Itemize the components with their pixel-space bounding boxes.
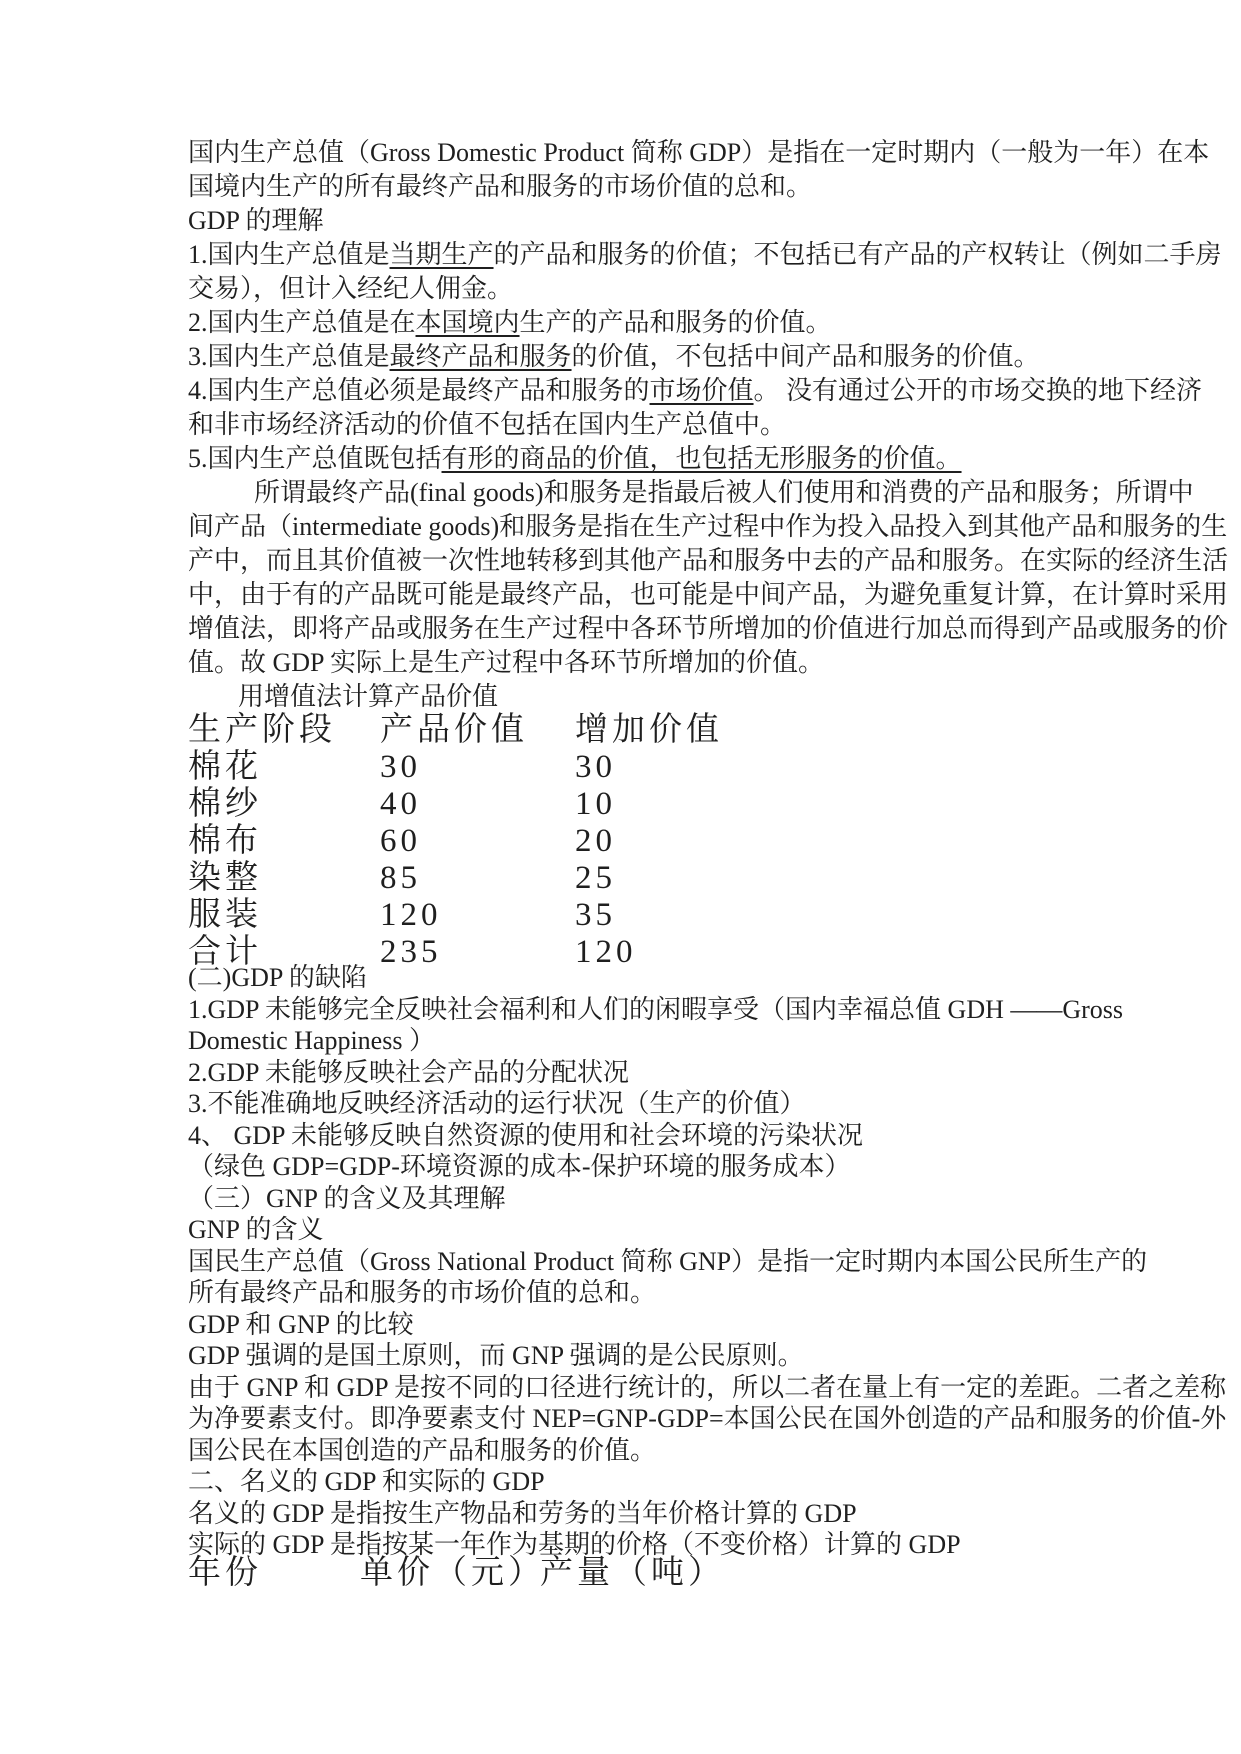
- table-cell: 年份: [188, 1552, 262, 1594]
- text-run: 国公民在本国创造的产品和服务的价值。: [188, 1436, 656, 1465]
- text-run: 3.不能准确地反映经济活动的运行状况（生产的价值）: [188, 1089, 806, 1118]
- value-added-table: 生产阶段产品价值增加价值棉花3030棉纱4010棉布6020染整8525服装12…: [188, 712, 1211, 971]
- text-line: （三）GNP 的含义及其理解: [188, 1183, 1211, 1215]
- price-table-header-row: 年份单价（元）产量（吨）: [188, 1552, 1211, 1594]
- table-cell: 60: [380, 823, 421, 860]
- text-run: 间产品（intermediate goods)和服务是指在生产过程中作为投入品投…: [188, 512, 1227, 541]
- text-run: Domestic Happiness ）: [188, 1026, 435, 1055]
- text-line: 所有最终产品和服务的市场价值的总和。: [188, 1277, 1211, 1309]
- text-run: 5.国内生产总值既包括: [188, 444, 442, 473]
- table-cell: 30: [575, 749, 616, 786]
- table-cell: 10: [575, 786, 616, 823]
- text-run: 增值法，即将产品或服务在生产过程中各环节所增加的价值进行加总而得到产品或服务的价: [188, 614, 1228, 643]
- text-line: 国境内生产的所有最终产品和服务的市场价值的总和。: [188, 170, 1211, 204]
- text-run: 所谓最终产品(final goods)和服务是指最后被人们使用和消费的产品和服务…: [254, 478, 1194, 507]
- table-cell: 增加价值: [575, 712, 723, 749]
- value-added-table-row: 棉布6020: [188, 823, 1211, 860]
- text-line: 值。故 GDP 实际上是生产过程中各环节所增加的价值。: [188, 646, 1211, 680]
- text-line: GDP 的理解: [188, 204, 1211, 238]
- table-cell: 服装: [188, 897, 262, 934]
- table-cell: 85: [380, 860, 421, 897]
- value-added-table-row: 棉纱4010: [188, 786, 1211, 823]
- text-line: Domestic Happiness ）: [188, 1025, 1211, 1057]
- text-line: 名义的 GDP 是指按生产物品和劳务的当年价格计算的 GDP: [188, 1498, 1211, 1530]
- table-cell: 生产阶段: [188, 712, 336, 749]
- text-run: 国内生产总值（Gross Domestic Product 简称 GDP）是指在…: [188, 138, 1209, 167]
- underlined-text-run: 当期生产: [390, 240, 494, 269]
- table-cell: 单价（元）: [360, 1552, 545, 1594]
- text-run: 国境内生产的所有最终产品和服务的市场价值的总和。: [188, 172, 812, 201]
- text-line: 1.GDP 未能够完全反映社会福利和人们的闲暇享受（国内幸福总值 GDH ——G…: [188, 994, 1211, 1026]
- table-cell: 棉纱: [188, 786, 262, 823]
- text-line: 产中，而且其价值被一次性地转移到其他产品和服务中去的产品和服务。在实际的经济生活: [188, 544, 1211, 578]
- text-run: GDP 强调的是国土原则，而 GNP 强调的是公民原则。: [188, 1341, 804, 1370]
- text-run: 1.GDP 未能够完全反映社会福利和人们的闲暇享受（国内幸福总值 GDH ——G…: [188, 995, 1123, 1024]
- text-line: 国内生产总值（Gross Domestic Product 简称 GDP）是指在…: [188, 136, 1211, 170]
- text-run: 2.GDP 未能够反映社会产品的分配状况: [188, 1058, 629, 1087]
- value-added-table-header: 生产阶段产品价值增加价值: [188, 712, 1211, 749]
- text-run: 所有最终产品和服务的市场价值的总和。: [188, 1278, 656, 1307]
- text-line: 由于 GNP 和 GDP 是按不同的口径进行统计的，所以二者在量上有一定的差距。…: [188, 1372, 1211, 1404]
- text-run: 1.国内生产总值是: [188, 240, 390, 269]
- table-cell: 产品价值: [380, 712, 528, 749]
- text-line: GNP 的含义: [188, 1214, 1211, 1246]
- text-line: 用增值法计算产品价值: [188, 680, 1211, 714]
- text-line: 二、名义的 GDP 和实际的 GDP: [188, 1466, 1211, 1498]
- gdp-intro-paragraphs: 国内生产总值（Gross Domestic Product 简称 GDP）是指在…: [188, 136, 1211, 714]
- text-run: 名义的 GDP 是指按生产物品和劳务的当年价格计算的 GDP: [188, 1499, 857, 1528]
- text-run: 产中，而且其价值被一次性地转移到其他产品和服务中去的产品和服务。在实际的经济生活: [188, 546, 1228, 575]
- text-line: 4、 GDP 未能够反映自然资源的使用和社会环境的污染状况: [188, 1120, 1211, 1152]
- table-cell: 棉布: [188, 823, 262, 860]
- text-run: （三）GNP 的含义及其理解: [188, 1184, 506, 1213]
- table-cell: 25: [575, 860, 616, 897]
- text-line: (二)GDP 的缺陷: [188, 962, 1211, 994]
- text-run: 3.国内生产总值是: [188, 342, 390, 371]
- text-run: 4、 GDP 未能够反映自然资源的使用和社会环境的污染状况: [188, 1121, 863, 1150]
- table-cell: 40: [380, 786, 421, 823]
- text-run: GDP 的理解: [188, 206, 324, 235]
- text-run: 二、名义的 GDP 和实际的 GDP: [188, 1467, 545, 1496]
- text-line: 和非市场经济活动的价值不包括在国内生产总值中。: [188, 408, 1211, 442]
- text-line: 中，由于有的产品既可能是最终产品，也可能是中间产品，为避免重复计算，在计算时采用: [188, 578, 1211, 612]
- text-line: 2.GDP 未能够反映社会产品的分配状况: [188, 1057, 1211, 1089]
- text-line: 4.国内生产总值必须是最终产品和服务的市场价值。 没有通过公开的市场交换的地下经…: [188, 374, 1211, 408]
- text-line: 3.不能准确地反映经济活动的运行状况（生产的价值）: [188, 1088, 1211, 1120]
- text-run: 为净要素支付。即净要素支付 NEP=GNP-GDP=本国公民在国外创造的产品和服…: [188, 1404, 1226, 1433]
- text-line: 所谓最终产品(final goods)和服务是指最后被人们使用和消费的产品和服务…: [188, 476, 1211, 510]
- text-run: 的产品和服务的价值；不包括已有产品的产权转让（例如二手房: [494, 240, 1222, 269]
- text-line: 3.国内生产总值是最终产品和服务的价值，不包括中间产品和服务的价值。: [188, 340, 1211, 374]
- text-line: 增值法，即将产品或服务在生产过程中各环节所增加的价值进行加总而得到产品或服务的价: [188, 612, 1211, 646]
- text-run: 4.国内生产总值必须是最终产品和服务的: [188, 376, 650, 405]
- text-line: 2.国内生产总值是在本国境内生产的产品和服务的价值。: [188, 306, 1211, 340]
- text-run: 生产的产品和服务的价值。: [520, 308, 832, 337]
- table-cell: 20: [575, 823, 616, 860]
- text-run: GNP 的含义: [188, 1215, 324, 1244]
- text-line: 5.国内生产总值既包括有形的商品的价值，也包括无形服务的价值。: [188, 442, 1211, 476]
- text-line: GDP 强调的是国土原则，而 GNP 强调的是公民原则。: [188, 1340, 1211, 1372]
- table-cell: 染整: [188, 860, 262, 897]
- table-cell: 棉花: [188, 749, 262, 786]
- underlined-text-run: 本国境内: [416, 308, 520, 337]
- table-cell: 30: [380, 749, 421, 786]
- text-line: （绿色 GDP=GDP-环境资源的成本-保护环境的服务成本）: [188, 1151, 1211, 1183]
- text-run: 值。故 GDP 实际上是生产过程中各环节所增加的价值。: [188, 648, 824, 677]
- value-added-table-row: 服装12035: [188, 897, 1211, 934]
- table-cell: 产量（吨）: [540, 1552, 725, 1594]
- text-run: 中，由于有的产品既可能是最终产品，也可能是中间产品，为避免重复计算，在计算时采用: [188, 580, 1228, 609]
- text-run: 。 没有通过公开的市场交换的地下经济: [754, 376, 1203, 405]
- value-added-table-row: 棉花3030: [188, 749, 1211, 786]
- text-run: （绿色 GDP=GDP-环境资源的成本-保护环境的服务成本）: [188, 1152, 851, 1181]
- gdp-defects-gnp-paragraphs: (二)GDP 的缺陷1.GDP 未能够完全反映社会福利和人们的闲暇享受（国内幸福…: [188, 962, 1211, 1561]
- underlined-text-run: 市场价值: [650, 376, 754, 405]
- value-added-table-row: 染整8525: [188, 860, 1211, 897]
- text-run: 用增值法计算产品价值: [238, 682, 498, 711]
- table-cell: 120: [380, 897, 442, 934]
- text-run: 国民生产总值（Gross National Product 简称 GNP）是指一…: [188, 1247, 1147, 1276]
- text-run: 和非市场经济活动的价值不包括在国内生产总值中。: [188, 410, 786, 439]
- text-run: GDP 和 GNP 的比较: [188, 1310, 414, 1339]
- text-run: (二)GDP 的缺陷: [188, 963, 367, 992]
- text-line: 国民生产总值（Gross National Product 简称 GNP）是指一…: [188, 1246, 1211, 1278]
- text-run: 2.国内生产总值是在: [188, 308, 416, 337]
- text-run: 由于 GNP 和 GDP 是按不同的口径进行统计的，所以二者在量上有一定的差距。…: [188, 1373, 1226, 1402]
- text-line: 交易），但计入经纪人佣金。: [188, 272, 1211, 306]
- table-cell: 35: [575, 897, 616, 934]
- text-line: 国公民在本国创造的产品和服务的价值。: [188, 1435, 1211, 1467]
- document-page: 国内生产总值（Gross Domestic Product 简称 GDP）是指在…: [0, 0, 1241, 1754]
- text-line: 1.国内生产总值是当期生产的产品和服务的价值；不包括已有产品的产权转让（例如二手…: [188, 238, 1211, 272]
- underlined-text-run: 最终产品和服务: [390, 342, 572, 371]
- price-table-header: 年份单价（元）产量（吨）: [188, 1552, 1211, 1594]
- text-run: 交易），但计入经纪人佣金。: [188, 274, 513, 303]
- text-line: GDP 和 GNP 的比较: [188, 1309, 1211, 1341]
- text-line: 间产品（intermediate goods)和服务是指在生产过程中作为投入品投…: [188, 510, 1211, 544]
- underlined-text-run: 有形的商品的价值，也包括无形服务的价值。: [442, 444, 962, 473]
- text-line: 为净要素支付。即净要素支付 NEP=GNP-GDP=本国公民在国外创造的产品和服…: [188, 1403, 1211, 1435]
- text-run: 的价值，不包括中间产品和服务的价值。: [572, 342, 1040, 371]
